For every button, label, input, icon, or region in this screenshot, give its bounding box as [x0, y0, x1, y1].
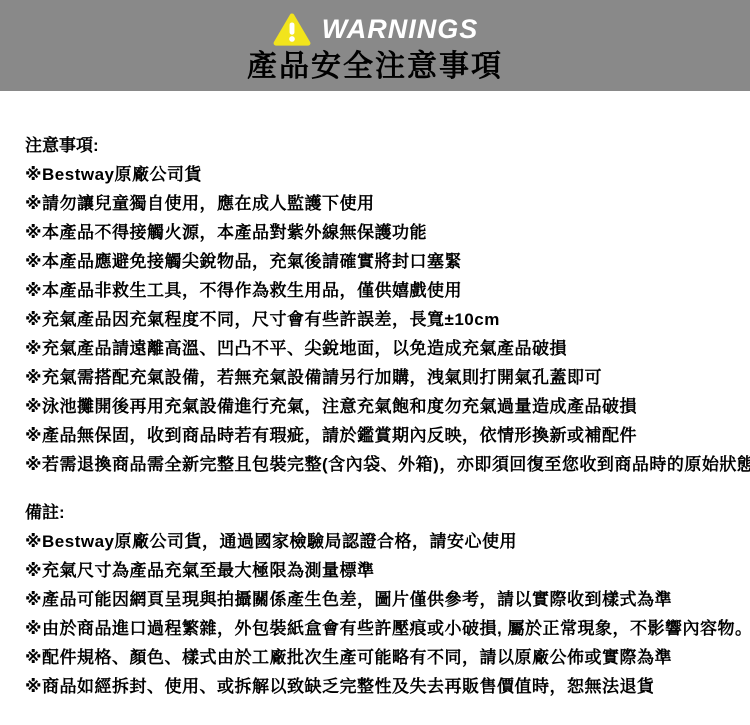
notice-item: ※充氣產品因充氣程度不同，尺寸會有些許誤差，長寬±10cm	[25, 305, 730, 334]
notice-item: ※泳池攤開後再用充氣設備進行充氣，注意充氣飽和度勿充氣過量造成產品破損	[25, 392, 730, 421]
warnings-banner: WARNINGS 產品安全注意事項	[0, 0, 750, 91]
warnings-banner-row: WARNINGS	[272, 12, 479, 48]
remarks-item: ※配件規格、顏色、樣式由於工廠批次生產可能略有不同，請以原廠公佈或實際為準	[25, 643, 730, 672]
banner-title: 產品安全注意事項	[247, 52, 503, 82]
notice-item: ※產品無保固，收到商品時若有瑕疵，請於鑑賞期內反映，依情形換新或補配件	[25, 421, 730, 450]
remarks-item: ※產品可能因網頁呈現與拍攝關係產生色差，圖片僅供參考，請以實際收到樣式為準	[25, 585, 730, 614]
notice-item: ※Bestway原廠公司貨	[25, 160, 730, 189]
notice-item: ※充氣產品請遠離高溫、凹凸不平、尖銳地面，以免造成充氣產品破損	[25, 334, 730, 363]
notice-item: ※充氣需搭配充氣設備，若無充氣設備請另行加購，洩氣則打開氣孔蓋即可	[25, 363, 730, 392]
warnings-label: WARNINGS	[322, 16, 479, 43]
notice-section-heading: 注意事項:	[25, 131, 730, 160]
remarks-item: ※Bestway原廠公司貨，通過國家檢驗局認證合格，請安心使用	[25, 527, 730, 556]
notice-item: ※本產品不得接觸火源，本產品對紫外線無保護功能	[25, 218, 730, 247]
notice-section: 注意事項: ※Bestway原廠公司貨 ※請勿讓兒童獨自使用，應在成人監護下使用…	[25, 131, 730, 479]
warning-triangle-icon	[272, 13, 312, 47]
remarks-section-heading: 備註:	[25, 498, 730, 527]
remarks-section: 備註: ※Bestway原廠公司貨，通過國家檢驗局認證合格，請安心使用 ※充氣尺…	[25, 498, 730, 701]
notice-item: ※請勿讓兒童獨自使用，應在成人監護下使用	[25, 189, 730, 218]
notice-item: ※本產品非救生工具，不得作為救生用品，僅供嬉戲使用	[25, 276, 730, 305]
remarks-item: ※商品如經拆封、使用、或拆解以致缺乏完整性及失去再販售價值時，恕無法退貨	[25, 672, 730, 701]
notice-item: ※若需退換商品需全新完整且包裝完整(含內袋、外箱)，亦即須回復至您收到商品時的原…	[25, 450, 730, 479]
notice-item: ※本產品應避免接觸尖銳物品，充氣後請確實將封口塞緊	[25, 247, 730, 276]
remarks-item: ※充氣尺寸為產品充氣至最大極限為測量標準	[25, 556, 730, 585]
notice-content: 注意事項: ※Bestway原廠公司貨 ※請勿讓兒童獨自使用，應在成人監護下使用…	[0, 91, 750, 701]
remarks-item: ※由於商品進口過程繁雜，外包裝紙盒會有些許壓痕或小破損, 屬於正常現象，不影響內…	[25, 614, 730, 643]
product-safety-notice-page: WARNINGS 產品安全注意事項 注意事項: ※Bestway原廠公司貨 ※請…	[0, 0, 750, 725]
